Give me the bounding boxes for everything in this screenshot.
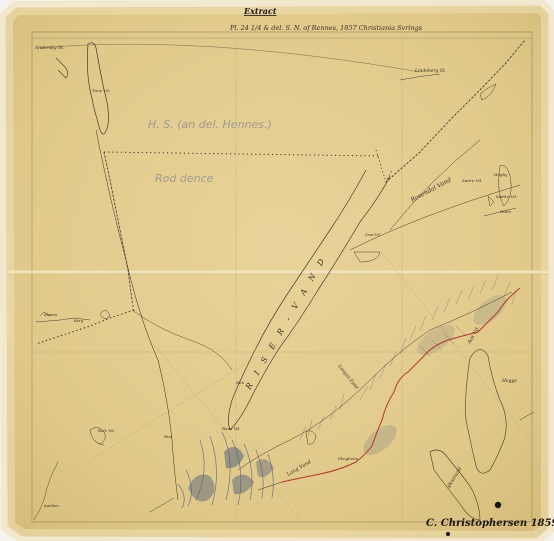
label-right-place: Hegge xyxy=(501,378,517,384)
label-small-lake: Gran Vd. xyxy=(365,233,381,237)
label-pencil-region-2: Rod dence xyxy=(155,172,214,185)
header-mark: Extract xyxy=(243,6,277,16)
historical-map: Extract Pl. 24 1/4 & del. S. N. of Renne… xyxy=(0,0,554,541)
map-title: Pl. 24 1/4 & del. S. N. of Rennes, 1857 … xyxy=(229,24,423,32)
label-far-east-2: Mørke Vd. xyxy=(495,194,517,199)
label-valley-2: Skogheim xyxy=(338,456,358,461)
label-far-east-1: Högby xyxy=(493,172,508,177)
label-east-lake: Sætre Vd. xyxy=(462,178,482,183)
label-top-left-lake: Tune Vd. xyxy=(92,88,110,93)
ink-blot xyxy=(446,532,450,536)
label-west-mid-1: Skøien xyxy=(44,312,58,317)
map-canvas: Extract Pl. 24 1/4 & del. S. N. of Renne… xyxy=(0,0,554,541)
label-mountain-town: Ravn Vd. xyxy=(221,426,240,431)
signature: C. Christophersen 1859 xyxy=(426,518,554,529)
label-top-left-town: Andersby St. xyxy=(34,45,65,51)
label-bottom-left: Aaslien xyxy=(43,503,59,508)
label-top-right-place: Lindeberg St. xyxy=(414,68,447,74)
label-pencil-region-1: H. S. (an del. Hennes.) xyxy=(148,118,272,131)
label-left-middle-lake: Rud xyxy=(163,434,173,439)
label-west-lake: Rolv Vd. xyxy=(97,428,115,433)
label-island: Øen xyxy=(235,380,245,385)
label-west-mid-2: Berg xyxy=(73,318,84,323)
ink-blot xyxy=(495,502,501,508)
